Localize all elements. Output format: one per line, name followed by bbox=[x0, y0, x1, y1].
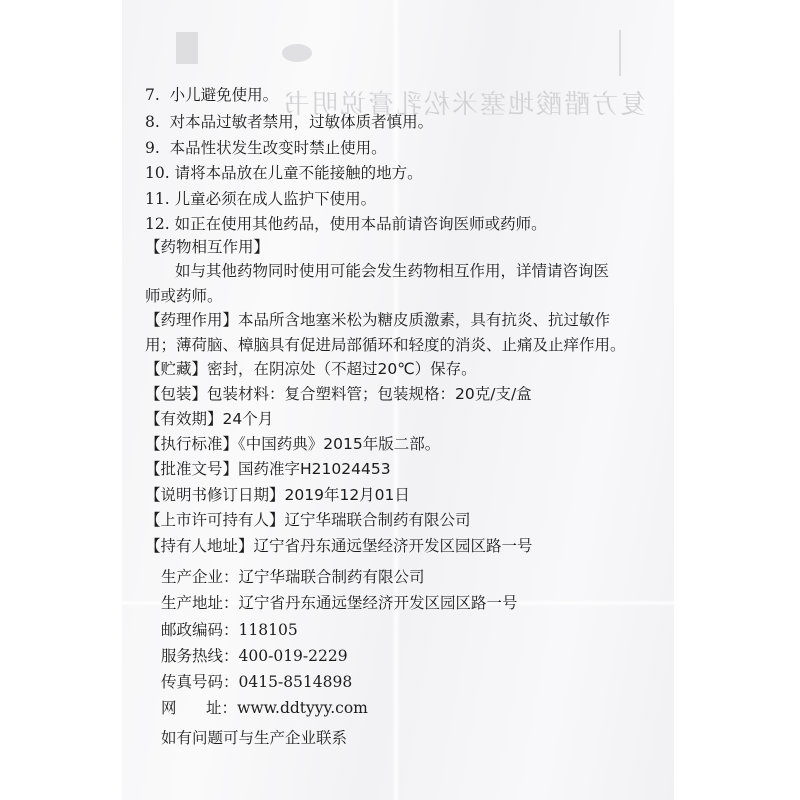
section-mah-address: 【持有人地址】辽宁省丹东通远堡经济开发区园区路一号 bbox=[145, 535, 533, 557]
ghost-logo-oval bbox=[282, 44, 312, 62]
precaution-item: 8. 对本品过敏者禁用，过敏体质者慎用。 bbox=[145, 111, 433, 133]
manufacturer-address: 生产地址：辽宁省丹东通远堡经济开发区园区路一号 bbox=[161, 592, 518, 614]
manufacturer-website: 网 址：www.ddtyyy.com bbox=[161, 697, 368, 719]
ghost-signature-mark bbox=[619, 30, 635, 76]
footer-text: 如有问题可与生产企业联系 bbox=[161, 729, 347, 747]
precaution-item: 11. 儿童必须在成人监护下使用。 bbox=[145, 188, 376, 210]
section-label: 【执行标准】 bbox=[145, 435, 238, 453]
field-value: 辽宁华瑞联合制药有限公司 bbox=[239, 568, 425, 586]
section-package: 【包装】包装材料：复合塑料管；包装规格：20克/支/盒 bbox=[145, 383, 532, 405]
section-text: 本品所含地塞米松为糖皮质激素，具有抗炎、抗过敏作 bbox=[238, 311, 610, 329]
section-text: 如与其他药物同时使用可能会发生药物相互作用，详情请咨询医 bbox=[175, 262, 609, 280]
item-text: 本品性状发生改变时禁止使用。 bbox=[170, 139, 387, 157]
field-label: 传真号码： bbox=[161, 673, 239, 691]
item-number: 10. bbox=[145, 164, 170, 182]
section-text: 包装材料：复合塑料管；包装规格：20克/支/盒 bbox=[207, 385, 532, 403]
section-storage: 【贮藏】密封，在阴凉处（不超过20℃）保存。 bbox=[145, 358, 477, 380]
manufacturer-fax: 传真号码：0415-8514898 bbox=[161, 671, 352, 693]
section-text: 2019年12月01日 bbox=[285, 486, 410, 504]
section-label: 【批准文号】 bbox=[145, 460, 238, 478]
field-value: 400-019-2229 bbox=[239, 647, 348, 665]
field-label: 服务热线： bbox=[161, 647, 239, 665]
section-label: 【药理作用】 bbox=[145, 311, 238, 329]
section-pharmacology-line2: 用；薄荷脑、樟脑具有促进局部循环和轻度的消炎、止痛及止痒作用。 bbox=[145, 334, 626, 356]
precaution-item: 10. 请将本品放在儿童不能接触的地方。 bbox=[145, 162, 423, 184]
section-validity: 【有效期】24个月 bbox=[145, 408, 273, 430]
item-text: 对本品过敏者禁用，过敏体质者慎用。 bbox=[170, 113, 434, 131]
item-number: 7. bbox=[145, 86, 160, 104]
section-label: 【贮藏】 bbox=[145, 360, 207, 378]
field-value: 0415-8514898 bbox=[239, 673, 353, 691]
section-label: 【有效期】 bbox=[145, 410, 223, 428]
section-text: 国药准字H21024453 bbox=[238, 460, 391, 478]
section-revision-date: 【说明书修订日期】2019年12月01日 bbox=[145, 484, 410, 506]
section-label: 【持有人地址】 bbox=[145, 537, 254, 555]
precaution-item: 7. 小儿避免使用。 bbox=[145, 84, 278, 106]
manufacturer-postcode: 邮政编码：118105 bbox=[161, 619, 298, 641]
item-number: 8. bbox=[145, 113, 160, 131]
item-text: 如正在使用其他药品，使用本品前请咨询医师或药师。 bbox=[175, 215, 547, 233]
section-standard: 【执行标准】《中国药典》2015年版二部。 bbox=[145, 433, 440, 455]
section-text: 《中国药典》2015年版二部。 bbox=[238, 435, 440, 453]
section-text: 师或药师。 bbox=[145, 287, 223, 305]
section-label: 【说明书修订日期】 bbox=[145, 486, 285, 504]
section-text-interaction-line2: 师或药师。 bbox=[145, 285, 223, 307]
item-number: 9. bbox=[145, 139, 160, 157]
field-value: 118105 bbox=[239, 621, 298, 639]
manufacturer-hotline: 服务热线：400-019-2229 bbox=[161, 645, 348, 667]
field-label: 生产企业： bbox=[161, 568, 239, 586]
section-label: 【上市许可持有人】 bbox=[145, 511, 285, 529]
ghost-qr-mark bbox=[176, 32, 198, 64]
section-label: 【包装】 bbox=[145, 385, 207, 403]
section-text: 用；薄荷脑、樟脑具有促进局部循环和轻度的消炎、止痛及止痒作用。 bbox=[145, 336, 626, 354]
precaution-item: 9. 本品性状发生改变时禁止使用。 bbox=[145, 137, 387, 159]
field-label: 邮政编码： bbox=[161, 621, 239, 639]
item-text: 请将本品放在儿童不能接触的地方。 bbox=[175, 164, 423, 182]
field-label: 网 址： bbox=[161, 699, 237, 717]
section-mah: 【上市许可持有人】辽宁华瑞联合制药有限公司 bbox=[145, 509, 471, 531]
section-text: 辽宁华瑞联合制药有限公司 bbox=[285, 511, 471, 529]
section-heading-interaction: 【药物相互作用】 bbox=[145, 236, 269, 258]
item-number: 11. bbox=[145, 190, 170, 208]
section-text: 24个月 bbox=[223, 410, 274, 428]
manufacturer-company: 生产企业：辽宁华瑞联合制药有限公司 bbox=[161, 566, 425, 588]
footer-contact-note: 如有问题可与生产企业联系 bbox=[161, 727, 347, 749]
item-text: 小儿避免使用。 bbox=[170, 86, 279, 104]
field-value: 辽宁省丹东通远堡经济开发区园区路一号 bbox=[239, 594, 518, 612]
section-text: 辽宁省丹东通远堡经济开发区园区路一号 bbox=[254, 537, 533, 555]
section-pharmacology: 【药理作用】本品所含地塞米松为糖皮质激素，具有抗炎、抗过敏作 bbox=[145, 309, 610, 331]
section-text: 密封，在阴凉处（不超过20℃）保存。 bbox=[207, 360, 477, 378]
section-approval-number: 【批准文号】国药准字H21024453 bbox=[145, 458, 391, 480]
item-number: 12. bbox=[145, 215, 170, 233]
field-label: 生产地址： bbox=[161, 594, 239, 612]
section-label: 【药物相互作用】 bbox=[145, 238, 269, 256]
field-value: www.ddtyyy.com bbox=[237, 699, 368, 717]
section-text-interaction-line1: 如与其他药物同时使用可能会发生药物相互作用，详情请咨询医 bbox=[145, 260, 609, 282]
precaution-item: 12. 如正在使用其他药品，使用本品前请咨询医师或药师。 bbox=[145, 213, 547, 235]
item-text: 儿童必须在成人监护下使用。 bbox=[175, 190, 377, 208]
